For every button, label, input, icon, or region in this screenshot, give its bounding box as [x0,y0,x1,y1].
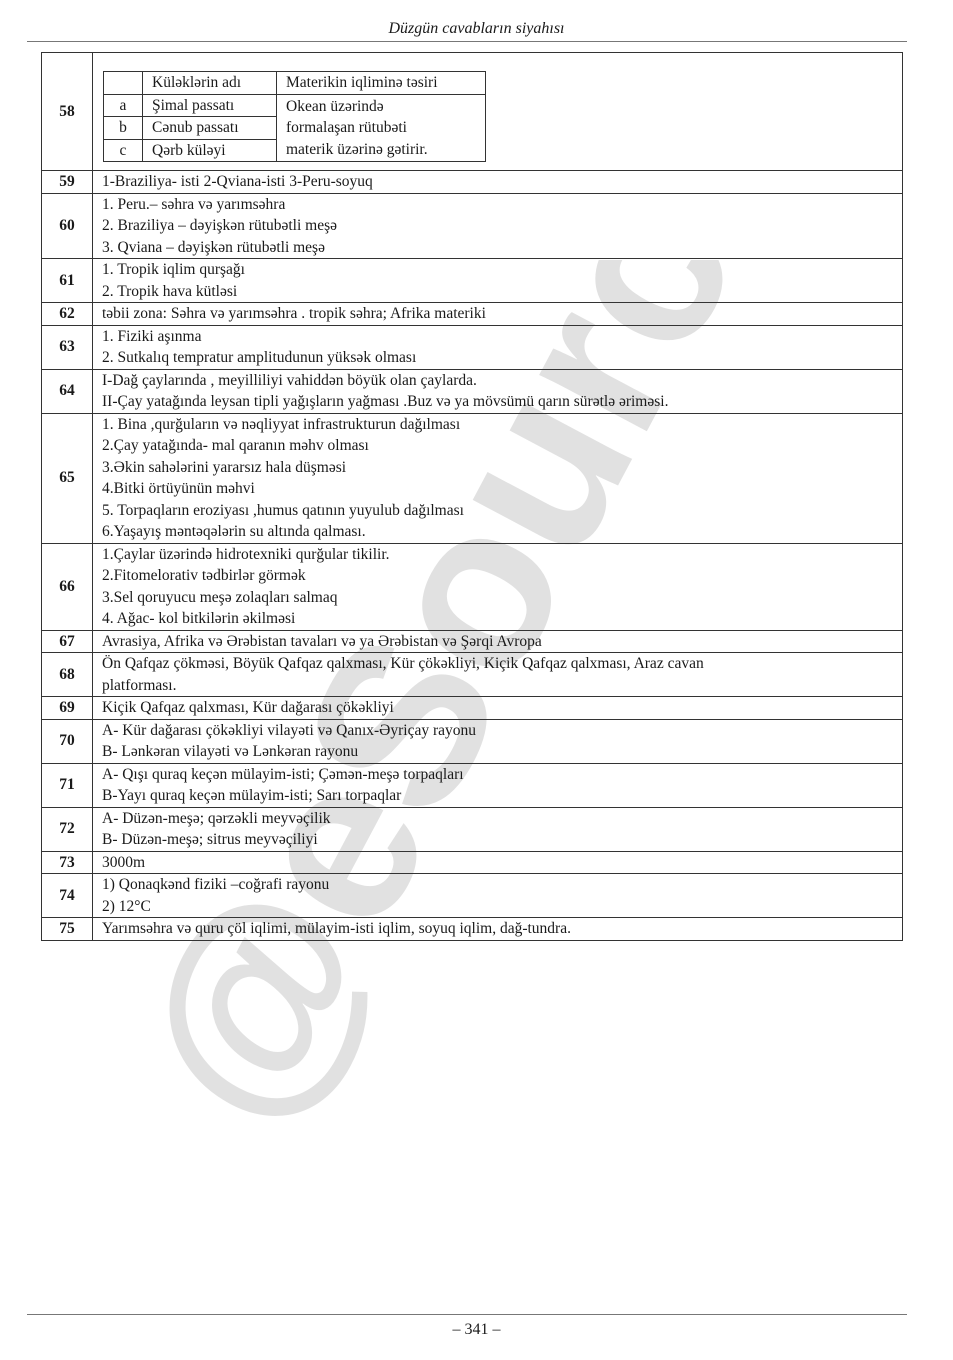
table-row: 68Ön Qafqaz çökməsi, Böyük Qafqaz qalxma… [42,653,903,697]
answer-line: B- Düzən-meşə; sitrus meyvəçiliyi [102,829,893,851]
answer-line: 4. Ağac- kol bitkilərin əkilməsi [102,608,893,630]
table-row: 733000m [42,851,903,874]
question-number: 70 [42,719,93,763]
answer-line: 1. Bina ,qurğuların və nəqliyyat infrast… [102,414,893,436]
table-row: 67Avrasiya, Afrika və Ərəbistan tavaları… [42,630,903,653]
winds-effect: Okean üzərində formalaşan rütubəti mater… [277,94,486,162]
table-row: 75Yarımsəhra və quru çöl iqlimi, mülayim… [42,918,903,941]
header-divider [27,41,907,42]
winds-header-blank [104,72,143,95]
answers-table: 58 Küləklərin adı Materikin iqliminə təs… [41,52,903,941]
table-row: 72A- Düzən-meşə; qərzəkli meyvəçilikB- D… [42,807,903,851]
answer-line: 2. Braziliya – dəyişkən rütubətli meşə [102,215,893,237]
question-number: 66 [42,543,93,630]
question-number: 60 [42,193,93,259]
answer-cell: A- Düzən-meşə; qərzəkli meyvəçilikB- Düz… [93,807,903,851]
answer-line: 1. Peru.– səhra və yarımsəhra [102,194,893,216]
question-number: 58 [42,53,93,171]
answer-cell: 1) Qonaqkənd fiziki –coğrafi rayonu2) 12… [93,874,903,918]
page-header-title: Düzgün cavabların siyahısı [0,20,953,38]
answer-cell: 1. Tropik iqlim qurşağı2. Tropik hava kü… [93,259,903,303]
answer-cell: Ön Qafqaz çökməsi, Böyük Qafqaz qalxması… [93,653,903,697]
winds-row-name: Qərb küləyi [143,139,277,162]
question-number: 73 [42,851,93,874]
winds-header-name: Küləklərin adı [143,72,277,95]
table-row: 70A- Kür dağarası çökəkliyi vilayəti və … [42,719,903,763]
answer-cell: Yarımsəhra və quru çöl iqlimi, mülayim-i… [93,918,903,941]
answer-line: 2. Tropik hava kütləsi [102,281,893,303]
winds-row-name: Şimal passatı [143,94,277,117]
winds-row-label: c [104,139,143,162]
table-row: 741) Qonaqkənd fiziki –coğrafi rayonu2) … [42,874,903,918]
question-number: 69 [42,697,93,720]
table-row: 601. Peru.– səhra və yarımsəhra2. Brazil… [42,193,903,259]
answer-line: 6.Yaşayış məntəqələrin su altında qalmas… [102,521,893,543]
answer-cell: 1. Peru.– səhra və yarımsəhra2. Braziliy… [93,193,903,259]
answer-cell: Küləklərin adı Materikin iqliminə təsiri… [93,53,903,171]
answer-line: 1-Braziliya- isti 2-Qviana-isti 3-Peru-s… [102,171,893,193]
question-number: 65 [42,413,93,543]
answer-line: II-Çay yatağında leysan tipli yağışların… [102,391,893,413]
answer-cell: I-Dağ çaylarında , meyilliliyi vahiddən … [93,369,903,413]
winds-table: Küləklərin adı Materikin iqliminə təsiri… [103,71,486,162]
winds-row-name: Cənub passatı [143,117,277,140]
question-number: 61 [42,259,93,303]
answer-line: Kiçik Qafqaz qalxması, Kür dağarası çökə… [102,697,893,719]
answer-line: 3.Sel qoruyucu meşə zolaqları salmaq [102,587,893,609]
answer-cell: 1. Fiziki aşınma2. Sutkalıq tempratur am… [93,325,903,369]
winds-row-label: a [104,94,143,117]
table-row: 631. Fiziki aşınma2. Sutkalıq tempratur … [42,325,903,369]
answer-cell: Avrasiya, Afrika və Ərəbistan tavaları v… [93,630,903,653]
table-row: 611. Tropik iqlim qurşağı2. Tropik hava … [42,259,903,303]
answer-line: A- Kür dağarası çökəkliyi vilayəti və Qa… [102,720,893,742]
answer-line: 1) Qonaqkənd fiziki –coğrafi rayonu [102,874,893,896]
question-number: 63 [42,325,93,369]
answer-cell: 1.Çaylar üzərində hidrotexniki qurğular … [93,543,903,630]
question-number: 67 [42,630,93,653]
table-row: 71A- Qışı quraq keçən mülayim-isti; Çəmə… [42,763,903,807]
answer-line: platforması. [102,675,893,697]
table-row: 661.Çaylar üzərində hidrotexniki qurğula… [42,543,903,630]
answer-line: təbii zona: Səhra və yarımsəhra . tropik… [102,303,893,325]
answer-line: Yarımsəhra və quru çöl iqlimi, mülayim-i… [102,918,893,940]
table-row: 64I-Dağ çaylarında , meyilliliyi vahiddə… [42,369,903,413]
answer-line: 2.Fitomelorativ tədbirlər görmək [102,565,893,587]
answer-cell: 1-Braziliya- isti 2-Qviana-isti 3-Peru-s… [93,171,903,194]
answer-line: 3000m [102,852,893,874]
question-number: 62 [42,303,93,326]
answer-line: 3. Qviana – dəyişkən rütubətli meşə [102,237,893,259]
answer-line: B-Yayı quraq keçən mülayim-isti; Sarı to… [102,785,893,807]
answer-line: 2.Çay yatağında- mal qaranın məhv olması [102,435,893,457]
answer-line: Ön Qafqaz çökməsi, Böyük Qafqaz qalxması… [102,653,893,675]
answer-line: A- Qışı quraq keçən mülayim-isti; Çəmən-… [102,764,893,786]
answer-cell: 3000m [93,851,903,874]
winds-row-label: b [104,117,143,140]
question-number: 71 [42,763,93,807]
answer-line: 1.Çaylar üzərində hidrotexniki qurğular … [102,544,893,566]
table-row: 58 Küləklərin adı Materikin iqliminə təs… [42,53,903,171]
answer-cell: Kiçik Qafqaz qalxması, Kür dağarası çökə… [93,697,903,720]
answer-line: 1. Fiziki aşınma [102,326,893,348]
table-row: 651. Bina ,qurğuların və nəqliyyat infra… [42,413,903,543]
table-row: 69Kiçik Qafqaz qalxması, Kür dağarası çö… [42,697,903,720]
answer-line: I-Dağ çaylarında , meyilliliyi vahiddən … [102,370,893,392]
question-number: 74 [42,874,93,918]
winds-header-effect: Materikin iqliminə təsiri [277,72,486,95]
answer-line: A- Düzən-meşə; qərzəkli meyvəçilik [102,808,893,830]
answer-line: B- Lənkəran vilayəti və Lənkəran rayonu [102,741,893,763]
question-number: 75 [42,918,93,941]
answer-cell: A- Qışı quraq keçən mülayim-isti; Çəmən-… [93,763,903,807]
footer-divider [27,1314,907,1315]
answer-line: 3.Əkin sahələrini yararsız hala düşməsi [102,457,893,479]
answer-line: 1. Tropik iqlim qurşağı [102,259,893,281]
question-number: 72 [42,807,93,851]
question-number: 68 [42,653,93,697]
page-number: – 341 – [0,1321,953,1339]
question-number: 59 [42,171,93,194]
answer-cell: 1. Bina ,qurğuların və nəqliyyat infrast… [93,413,903,543]
answer-line: 2) 12°C [102,896,893,918]
answer-cell: A- Kür dağarası çökəkliyi vilayəti və Qa… [93,719,903,763]
table-row: 591-Braziliya- isti 2-Qviana-isti 3-Peru… [42,171,903,194]
answer-line: Avrasiya, Afrika və Ərəbistan tavaları v… [102,631,893,653]
answer-cell: təbii zona: Səhra və yarımsəhra . tropik… [93,303,903,326]
question-number: 64 [42,369,93,413]
answer-line: 5. Torpaqların eroziyası ,humus qatının … [102,500,893,522]
answer-line: 4.Bitki örtüyünün məhvi [102,478,893,500]
answer-line: 2. Sutkalıq tempratur amplitudunun yüksə… [102,347,893,369]
table-row: 62təbii zona: Səhra və yarımsəhra . trop… [42,303,903,326]
